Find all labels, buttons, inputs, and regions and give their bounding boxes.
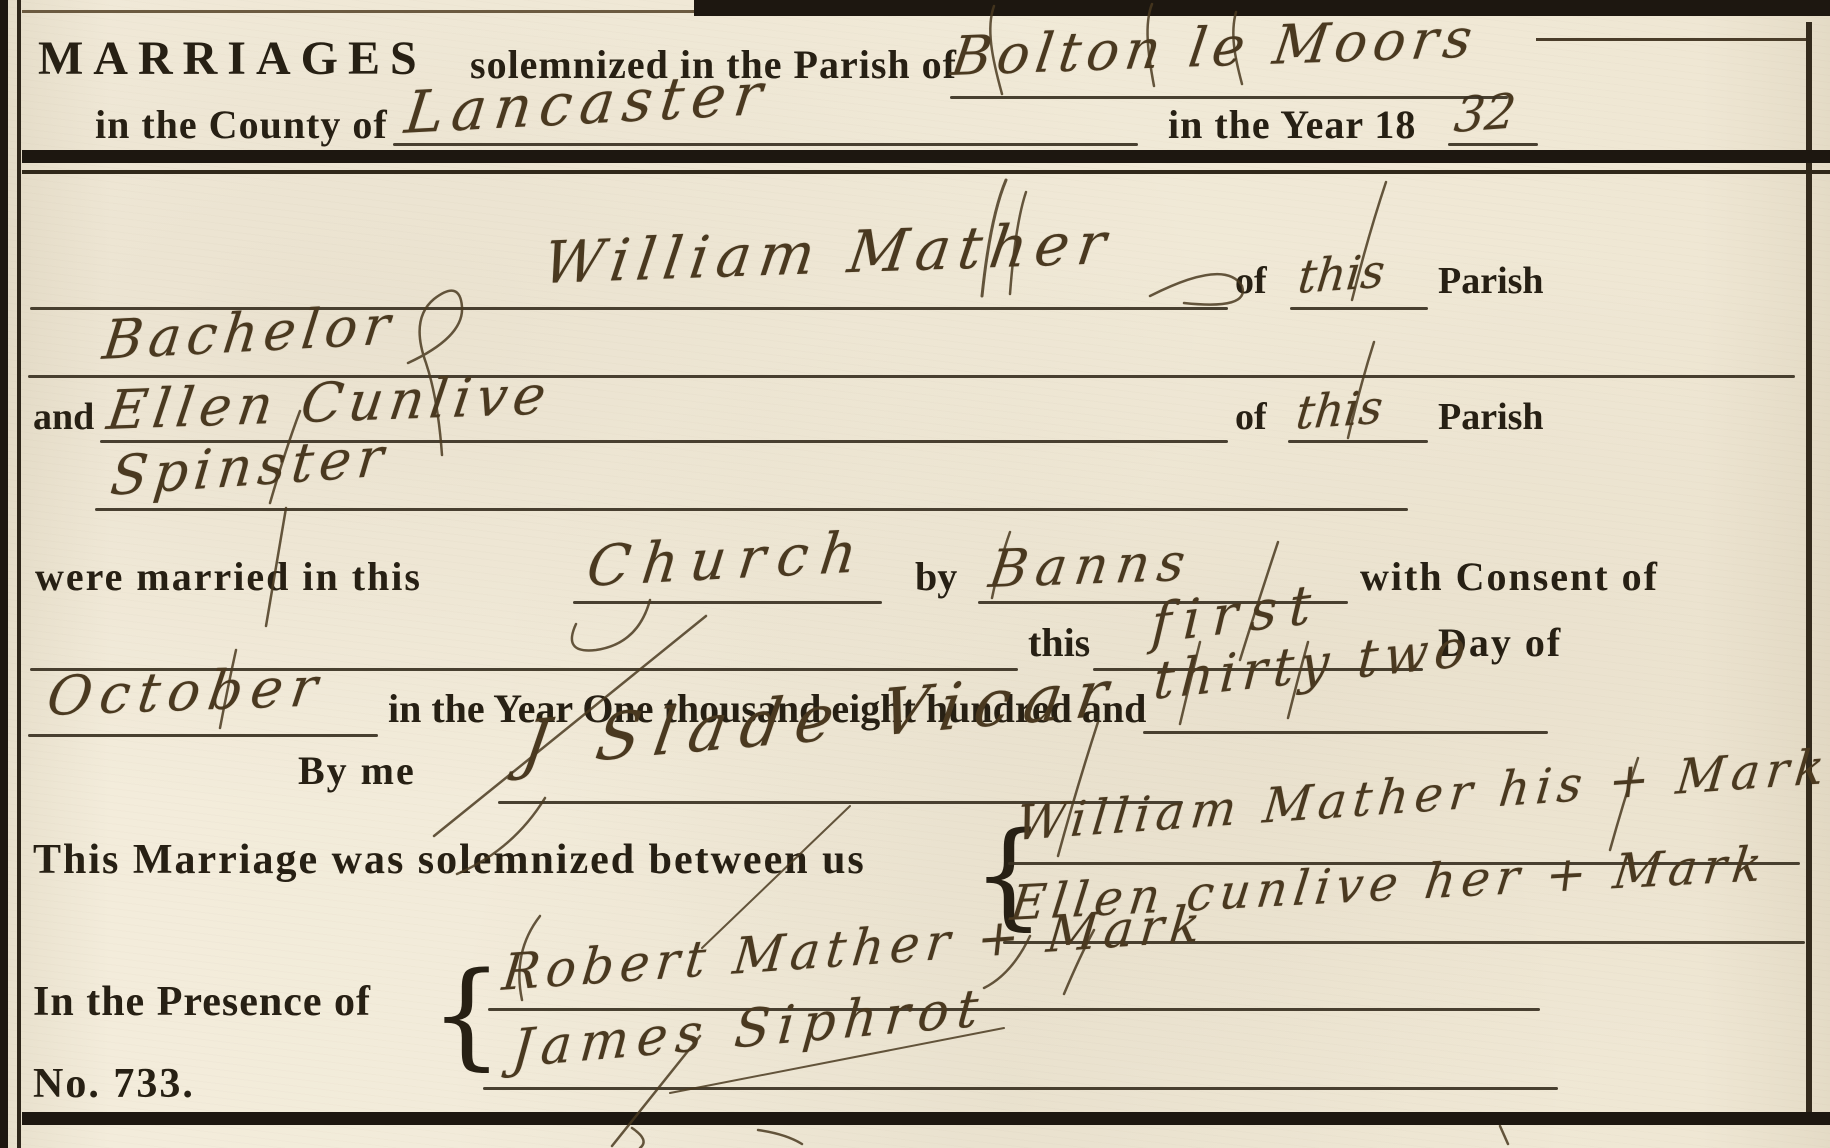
this-label: this	[1028, 622, 1090, 664]
parish-name-handwritten: Bolton le Moors	[948, 11, 1481, 84]
year-prefix: in the Year 18	[1168, 104, 1416, 146]
groom-of-label: of	[1235, 262, 1267, 302]
bride-name-handwritten: Ellen Cunlive	[104, 368, 555, 438]
right-border	[1806, 22, 1812, 1122]
left-border-outer	[0, 0, 8, 1148]
rule-groom-residence	[1290, 307, 1428, 310]
header-divider-thin	[22, 170, 1830, 174]
rule-parish	[950, 96, 1508, 99]
groom-parish-label: Parish	[1438, 262, 1544, 302]
rule-witness2	[483, 1087, 1558, 1090]
witness1-signature: Robert Mather + Mark	[500, 898, 1209, 998]
bride-residence-handwritten: this	[1294, 384, 1385, 436]
marriage-register-scan: MARRIAGES solemnized in the Parish of in…	[0, 0, 1830, 1148]
header-divider-thick	[22, 150, 1830, 163]
rule-year	[1448, 143, 1538, 146]
bride-of-label: of	[1235, 398, 1267, 438]
marriages-title: MARRIAGES	[38, 34, 427, 84]
top-right-inner-line	[1536, 38, 1812, 41]
rule-bride-condition	[95, 508, 1408, 511]
groom-name-handwritten: William Mather	[540, 214, 1117, 292]
witness-brace: {	[430, 958, 503, 1073]
county-name-handwritten: Lancaster	[402, 64, 773, 142]
consent-label: with Consent of	[1360, 556, 1659, 598]
entry-number: No. 733.	[33, 1062, 195, 1106]
rule-year-words	[1143, 731, 1548, 734]
month-handwritten: October	[44, 660, 329, 724]
left-border-inner	[17, 0, 21, 1148]
rule-bride-residence	[1288, 440, 1428, 443]
and-label: and	[33, 398, 94, 438]
married-prefix: were married in this	[35, 556, 422, 598]
bride-condition-handwritten: Spinster	[108, 430, 392, 504]
presence-label: In the Presence of	[33, 980, 371, 1024]
rule-month	[28, 734, 378, 737]
rule-county	[393, 143, 1138, 146]
officiant-signature: J Slade Vicar	[518, 661, 1126, 778]
solemnized-label: This Marriage was solemnized between us	[33, 838, 866, 882]
groom-signature: William Mather his + Mark	[1014, 743, 1830, 848]
method-handwritten: Banns	[986, 537, 1196, 596]
groom-residence-handwritten: this	[1296, 248, 1387, 300]
by-label: by	[915, 556, 957, 598]
county-prefix: in the County of	[95, 104, 388, 146]
by-me-label: By me	[298, 750, 416, 792]
bottom-border-thick	[22, 1112, 1830, 1125]
bride-parish-label: Parish	[1438, 398, 1544, 438]
groom-condition-handwritten: Bachelor	[100, 298, 399, 368]
place-handwritten: Church	[584, 525, 872, 596]
rule-place	[573, 601, 882, 604]
top-border-thin	[22, 10, 694, 13]
